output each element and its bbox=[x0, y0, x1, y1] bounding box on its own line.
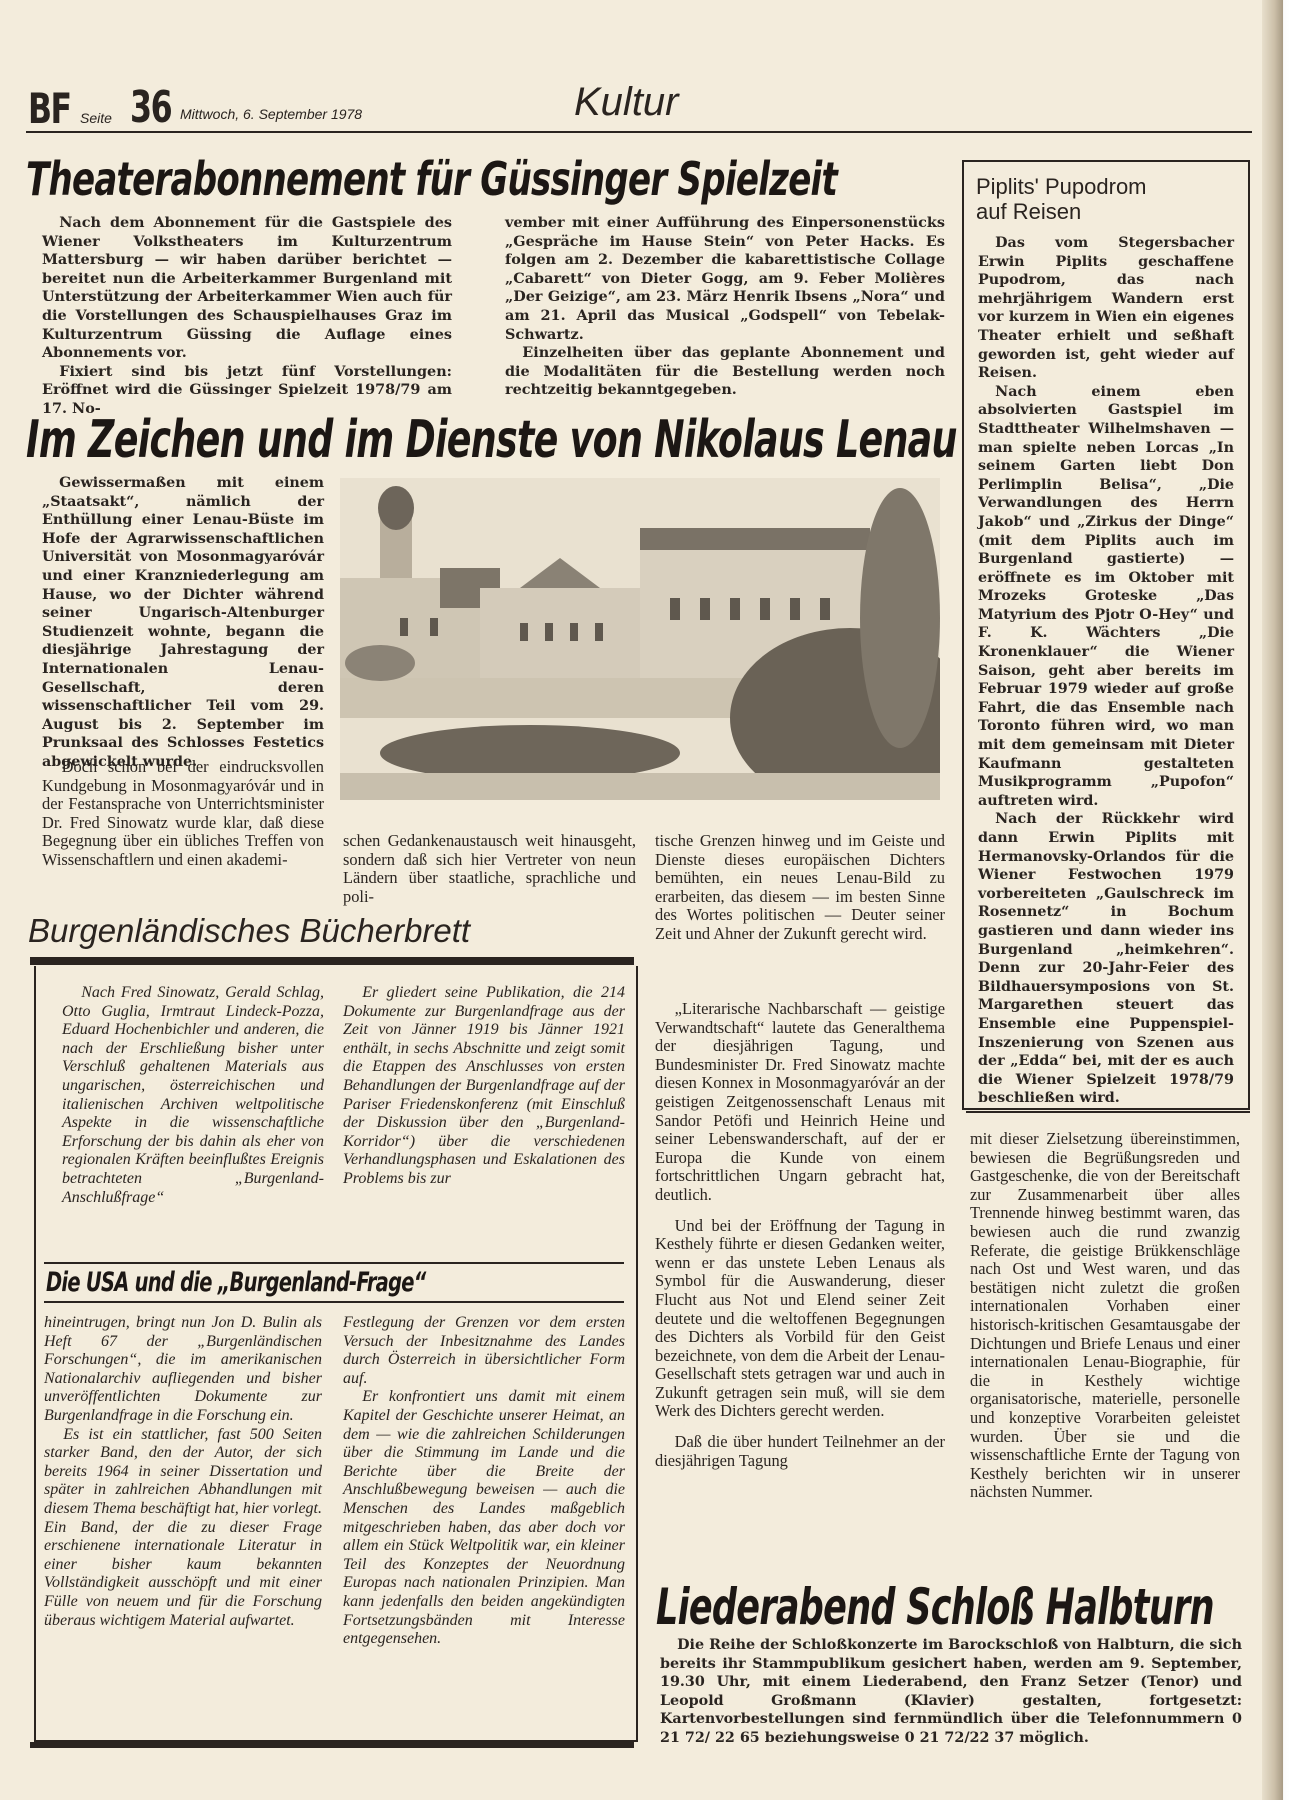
paragraph: Festlegung der Grenzen vor dem ersten Ve… bbox=[343, 1314, 625, 1388]
subhead-rule-top bbox=[44, 1262, 624, 1264]
halbturn-body: Die Reihe der Schloßkonzerte im Barocksc… bbox=[660, 1636, 1242, 1748]
lenau-column-3b: „Literarische Nachbarschaft — geistige V… bbox=[655, 1000, 945, 1470]
paragraph: Doch schon bei der eindrucksvollen Kundg… bbox=[42, 758, 324, 870]
paragraph: tische Grenzen hinweg und im Geiste und … bbox=[655, 832, 945, 944]
photo-schloss-festetics bbox=[340, 478, 940, 800]
sidebar-body: Das vom Stegersbacher Erwin Piplits gesc… bbox=[978, 234, 1234, 1108]
paragraph: Das vom Stegersbacher Erwin Piplits gesc… bbox=[978, 234, 1234, 383]
lenau-column-2: schen Gedankenaustausch weit hinausgeht,… bbox=[343, 832, 636, 906]
buecherbrett-column-2b: Festlegung der Grenzen vor dem ersten Ve… bbox=[343, 1314, 625, 1649]
page-edge-shadow bbox=[1262, 0, 1290, 1800]
paragraph: „Literarische Nachbarschaft — geistige V… bbox=[655, 1000, 945, 1205]
kicker-thick-rule bbox=[30, 957, 634, 965]
sidebar-bottom-rule bbox=[966, 1111, 1250, 1113]
page-label: Seite bbox=[80, 110, 112, 126]
buecherbrett-column-1b: hineintrugen, bringt nun Jon D. Bulin al… bbox=[44, 1314, 322, 1630]
theater-column-1: Nach dem Abonnement für die Gastspiele d… bbox=[42, 214, 452, 419]
divider bbox=[966, 132, 1252, 133]
paragraph: mit dieser Zielsetzung übereinstimmen, b… bbox=[970, 1130, 1240, 1502]
paragraph: Einzelheiten über das geplante Abonnemen… bbox=[505, 344, 945, 400]
sidebar-title: Piplits' Pupodrom auf Reisen bbox=[976, 174, 1147, 224]
lenau-column-1-bold: Gewissermaßen mit einem „Staatsakt“, näm… bbox=[42, 474, 324, 772]
paragraph: Nach dem Abonnement für die Gastspiele d… bbox=[42, 214, 452, 363]
buecherbrett-bottom-rule bbox=[30, 1742, 634, 1748]
buecherbrett-column-1: Nach Fred Sinowatz, Gerald Schlag, Otto … bbox=[62, 984, 324, 1207]
paper-logo: BF bbox=[28, 84, 71, 133]
issue-date: Mittwoch, 6. September 1978 bbox=[180, 106, 362, 122]
paragraph: Er konfrontiert uns damit mit einem Kapi… bbox=[343, 1388, 625, 1648]
page-number: 36 bbox=[130, 82, 171, 133]
headline-lenau: Im Zeichen und im Dienste von Nikolaus L… bbox=[26, 410, 957, 470]
lenau-column-3a: tische Grenzen hinweg und im Geiste und … bbox=[655, 832, 945, 944]
paragraph: Die Reihe der Schloßkonzerte im Barocksc… bbox=[660, 1636, 1242, 1748]
sidebar-title-line-1: Piplits' Pupodrom bbox=[976, 174, 1147, 199]
kicker-buecherbrett: Burgenländisches Bücherbrett bbox=[28, 912, 470, 950]
headline-halbturn: Liederabend Schloß Halbturn bbox=[656, 1578, 1214, 1636]
headline-theater: Theaterabonnement für Güssinger Spielzei… bbox=[26, 152, 837, 206]
lenau-column-1-light: Doch schon bei der eindrucksvollen Kundg… bbox=[42, 758, 324, 870]
paragraph: Nach einem eben absolvierten Gastspiel i… bbox=[978, 383, 1234, 811]
buecherbrett-column-2: Er gliedert seine Publikation, die 214 D… bbox=[343, 984, 625, 1189]
sidebar-title-line-2: auf Reisen bbox=[976, 199, 1147, 224]
subhead-usa: Die USA und die „Burgenland-Frage“ bbox=[46, 1267, 426, 1298]
paragraph: schen Gedankenaustausch weit hinausgeht,… bbox=[343, 832, 636, 906]
subhead-rule-bottom bbox=[44, 1301, 624, 1303]
paragraph: Nach der Rückkehr wird dann Erwin Piplit… bbox=[978, 810, 1234, 1108]
paragraph: Nach Fred Sinowatz, Gerald Schlag, Otto … bbox=[62, 984, 324, 1207]
paragraph: Daß die über hundert Teilnehmer an der d… bbox=[655, 1433, 945, 1470]
paragraph: hineintrugen, bringt nun Jon D. Bulin al… bbox=[44, 1314, 322, 1426]
paragraph: Gewissermaßen mit einem „Staatsakt“, näm… bbox=[42, 474, 324, 772]
castle-illustration bbox=[340, 478, 940, 800]
paragraph: Es ist ein stattlicher, fast 500 Seiten … bbox=[44, 1426, 322, 1631]
sidebar-piplits-box: Piplits' Pupodrom auf Reisen Das vom Ste… bbox=[962, 160, 1250, 1110]
paragraph: vember mit einer Aufführung des Einperso… bbox=[505, 214, 945, 344]
theater-column-2: vember mit einer Aufführung des Einperso… bbox=[505, 214, 945, 400]
section-title: Kultur bbox=[574, 80, 679, 125]
paragraph: Er gliedert seine Publikation, die 214 D… bbox=[343, 984, 625, 1189]
paragraph: Und bei der Eröffnung der Tagung in Kest… bbox=[655, 1217, 945, 1422]
lenau-column-4: mit dieser Zielsetzung übereinstimmen, b… bbox=[970, 1130, 1240, 1502]
